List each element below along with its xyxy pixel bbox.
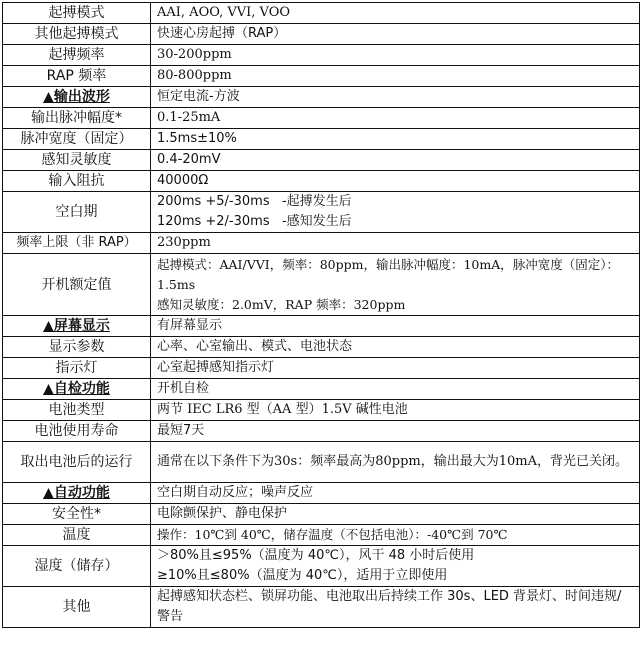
value-line: 快速心房起搏（RAP） [157, 24, 633, 44]
row-label-temperature: 温度 [3, 525, 151, 546]
row-label-auto-functions: ▲自动功能 [3, 483, 151, 504]
table-row: 电池使用寿命 最短7天 [3, 421, 640, 442]
table-row: 起搏模式 AAI, AOO, VVI, VOO [3, 3, 640, 24]
row-label-safety: 安全性* [3, 504, 151, 525]
value-line: ≥10%且≤80%（温度为 40℃），适用于立即使用 [157, 566, 633, 586]
row-value-input-impedance: 40000Ω [151, 171, 640, 192]
value-line: 0.4-20mV [157, 150, 633, 170]
table-row: 其他 起搏感知状态栏、锁屏功能、电池取出后持续工作 30s、LED 背景灯、时间… [3, 587, 640, 628]
row-value-self-test: 开机自检 [151, 379, 640, 400]
row-label-sensitivity: 感知灵敏度 [3, 150, 151, 171]
value-line: 心室起搏感知指示灯 [157, 358, 633, 378]
spec-table: 起搏模式 AAI, AOO, VVI, VOO 其他起搏模式 快速心房起搏（RA… [2, 2, 640, 628]
row-label-pacing-rate: 起搏频率 [3, 45, 151, 66]
row-value-operation-without-battery: 通常在以下条件下为30s：频率最高为80ppm，输出最大为10mA，背光已关闭。 [151, 442, 640, 483]
row-value-pulse-width: 1.5ms±10% [151, 129, 640, 150]
value-line: 1.5ms±10% [157, 129, 633, 149]
row-value-temperature: 操作：10℃到 40℃，储存温度（不包括电池）：-40℃到 70℃ [151, 525, 640, 546]
row-label-upper-rate-limit: 频率上限（非 RAP） [3, 233, 151, 254]
value-line: 起搏模式：AAI/VVI，频率：80ppm，输出脉冲幅度：10mA，脉冲宽度（固… [157, 255, 633, 295]
table-row: 起搏频率 30-200ppm [3, 45, 640, 66]
row-label-pulse-width: 脉冲宽度（固定） [3, 129, 151, 150]
row-value-power-on-defaults: 起搏模式：AAI/VVI，频率：80ppm，输出脉冲幅度：10mA，脉冲宽度（固… [151, 254, 640, 316]
table-row: 开机额定值 起搏模式：AAI/VVI，频率：80ppm，输出脉冲幅度：10mA，… [3, 254, 640, 316]
value-line: 操作：10℃到 40℃，储存温度（不包括电池）：-40℃到 70℃ [157, 525, 633, 545]
row-value-display-parameters: 心率、心室输出、模式、电池状态 [151, 337, 640, 358]
table-row: RAP 频率 80-800ppm [3, 66, 640, 87]
row-value-rap-rate: 80-800ppm [151, 66, 640, 87]
row-value-pacing-rate: 30-200ppm [151, 45, 640, 66]
row-value-blanking-period: 200ms +5/-30ms -起搏发生后 120ms +2/-30ms -感知… [151, 192, 640, 233]
value-line: 心率、心室输出、模式、电池状态 [157, 337, 633, 357]
value-line: 120ms +2/-30ms -感知发生后 [157, 212, 633, 232]
row-label-pacing-mode: 起搏模式 [3, 3, 151, 24]
row-value-output-waveform: 恒定电流-方波 [151, 87, 640, 108]
table-row: 输出脉冲幅度* 0.1-25mA [3, 108, 640, 129]
value-line: 两节 IEC LR6 型（AA 型）1.5V 碱性电池 [157, 400, 633, 420]
row-label-battery-type: 电池类型 [3, 400, 151, 421]
row-value-other: 起搏感知状态栏、锁屏功能、电池取出后持续工作 30s、LED 背景灯、时间违规/… [151, 587, 640, 628]
table-row: 频率上限（非 RAP） 230ppm [3, 233, 640, 254]
row-value-other-pacing-mode: 快速心房起搏（RAP） [151, 24, 640, 45]
row-label-input-impedance: 输入阻抗 [3, 171, 151, 192]
row-label-humidity-storage: 湿度（储存） [3, 546, 151, 587]
row-label-display-parameters: 显示参数 [3, 337, 151, 358]
table-row: 感知灵敏度 0.4-20mV [3, 150, 640, 171]
table-row: 脉冲宽度（固定） 1.5ms±10% [3, 129, 640, 150]
row-label-other-pacing-mode: 其他起搏模式 [3, 24, 151, 45]
table-row: 输入阻抗 40000Ω [3, 171, 640, 192]
row-label-output-amplitude: 输出脉冲幅度* [3, 108, 151, 129]
value-line: 感知灵敏度：2.0mV，RAP 频率：320ppm [157, 295, 633, 315]
row-label-self-test: ▲自检功能 [3, 379, 151, 400]
row-value-auto-functions: 空白期自动反应；噪声反应 [151, 483, 640, 504]
table-row: 温度 操作：10℃到 40℃，储存温度（不包括电池）：-40℃到 70℃ [3, 525, 640, 546]
value-line: 起搏感知状态栏、锁屏功能、电池取出后持续工作 30s、LED 背景灯、时间违规/… [157, 587, 633, 627]
value-line: 40000Ω [157, 171, 633, 191]
row-value-output-amplitude: 0.1-25mA [151, 108, 640, 129]
row-label-other: 其他 [3, 587, 151, 628]
row-value-pacing-mode: AAI, AOO, VVI, VOO [151, 3, 640, 24]
value-line: 230ppm [157, 233, 633, 253]
table-row: ▲屏幕显示 有屏幕显示 [3, 316, 640, 337]
value-line: 200ms +5/-30ms -起搏发生后 [157, 192, 633, 212]
row-label-battery-life: 电池使用寿命 [3, 421, 151, 442]
row-label-rap-rate: RAP 频率 [3, 66, 151, 87]
value-line: 电除颤保护、静电保护 [157, 504, 633, 524]
value-line: 80-800ppm [157, 66, 633, 86]
row-label-power-on-defaults: 开机额定值 [3, 254, 151, 316]
row-value-battery-life: 最短7天 [151, 421, 640, 442]
row-label-blanking-period: 空白期 [3, 192, 151, 233]
row-value-indicator-light: 心室起搏感知指示灯 [151, 358, 640, 379]
value-line: 恒定电流-方波 [157, 87, 633, 107]
table-row: 湿度（储存） ＞80%且≤95%（温度为 40℃），风干 48 小时后使用 ≥1… [3, 546, 640, 587]
value-line: 最短7天 [157, 421, 633, 441]
table-row: 其他起搏模式 快速心房起搏（RAP） [3, 24, 640, 45]
row-value-humidity-storage: ＞80%且≤95%（温度为 40℃），风干 48 小时后使用 ≥10%且≤80%… [151, 546, 640, 587]
table-row: 取出电池后的运行 通常在以下条件下为30s：频率最高为80ppm，输出最大为10… [3, 442, 640, 483]
row-label-operation-without-battery: 取出电池后的运行 [3, 442, 151, 483]
table-row: 指示灯 心室起搏感知指示灯 [3, 358, 640, 379]
row-value-screen-display: 有屏幕显示 [151, 316, 640, 337]
value-line: 开机自检 [157, 379, 633, 399]
value-line: ＞80%且≤95%（温度为 40℃），风干 48 小时后使用 [157, 546, 633, 566]
value-line: 30-200ppm [157, 45, 633, 65]
table-row: ▲自动功能 空白期自动反应；噪声反应 [3, 483, 640, 504]
value-line: AAI, AOO, VVI, VOO [157, 3, 633, 23]
row-value-upper-rate-limit: 230ppm [151, 233, 640, 254]
table-row: 显示参数 心率、心室输出、模式、电池状态 [3, 337, 640, 358]
table-row: 安全性* 电除颤保护、静电保护 [3, 504, 640, 525]
row-value-battery-type: 两节 IEC LR6 型（AA 型）1.5V 碱性电池 [151, 400, 640, 421]
value-line: 空白期自动反应；噪声反应 [157, 483, 633, 503]
row-value-safety: 电除颤保护、静电保护 [151, 504, 640, 525]
table-row: 空白期 200ms +5/-30ms -起搏发生后 120ms +2/-30ms… [3, 192, 640, 233]
table-row: 电池类型 两节 IEC LR6 型（AA 型）1.5V 碱性电池 [3, 400, 640, 421]
row-label-indicator-light: 指示灯 [3, 358, 151, 379]
row-label-output-waveform: ▲输出波形 [3, 87, 151, 108]
value-line: 有屏幕显示 [157, 316, 633, 336]
table-row: ▲输出波形 恒定电流-方波 [3, 87, 640, 108]
value-line: 通常在以下条件下为30s：频率最高为80ppm，输出最大为10mA，背光已关闭。 [157, 452, 633, 472]
table-row: ▲自检功能 开机自检 [3, 379, 640, 400]
row-label-screen-display: ▲屏幕显示 [3, 316, 151, 337]
value-line: 0.1-25mA [157, 108, 633, 128]
row-value-sensitivity: 0.4-20mV [151, 150, 640, 171]
